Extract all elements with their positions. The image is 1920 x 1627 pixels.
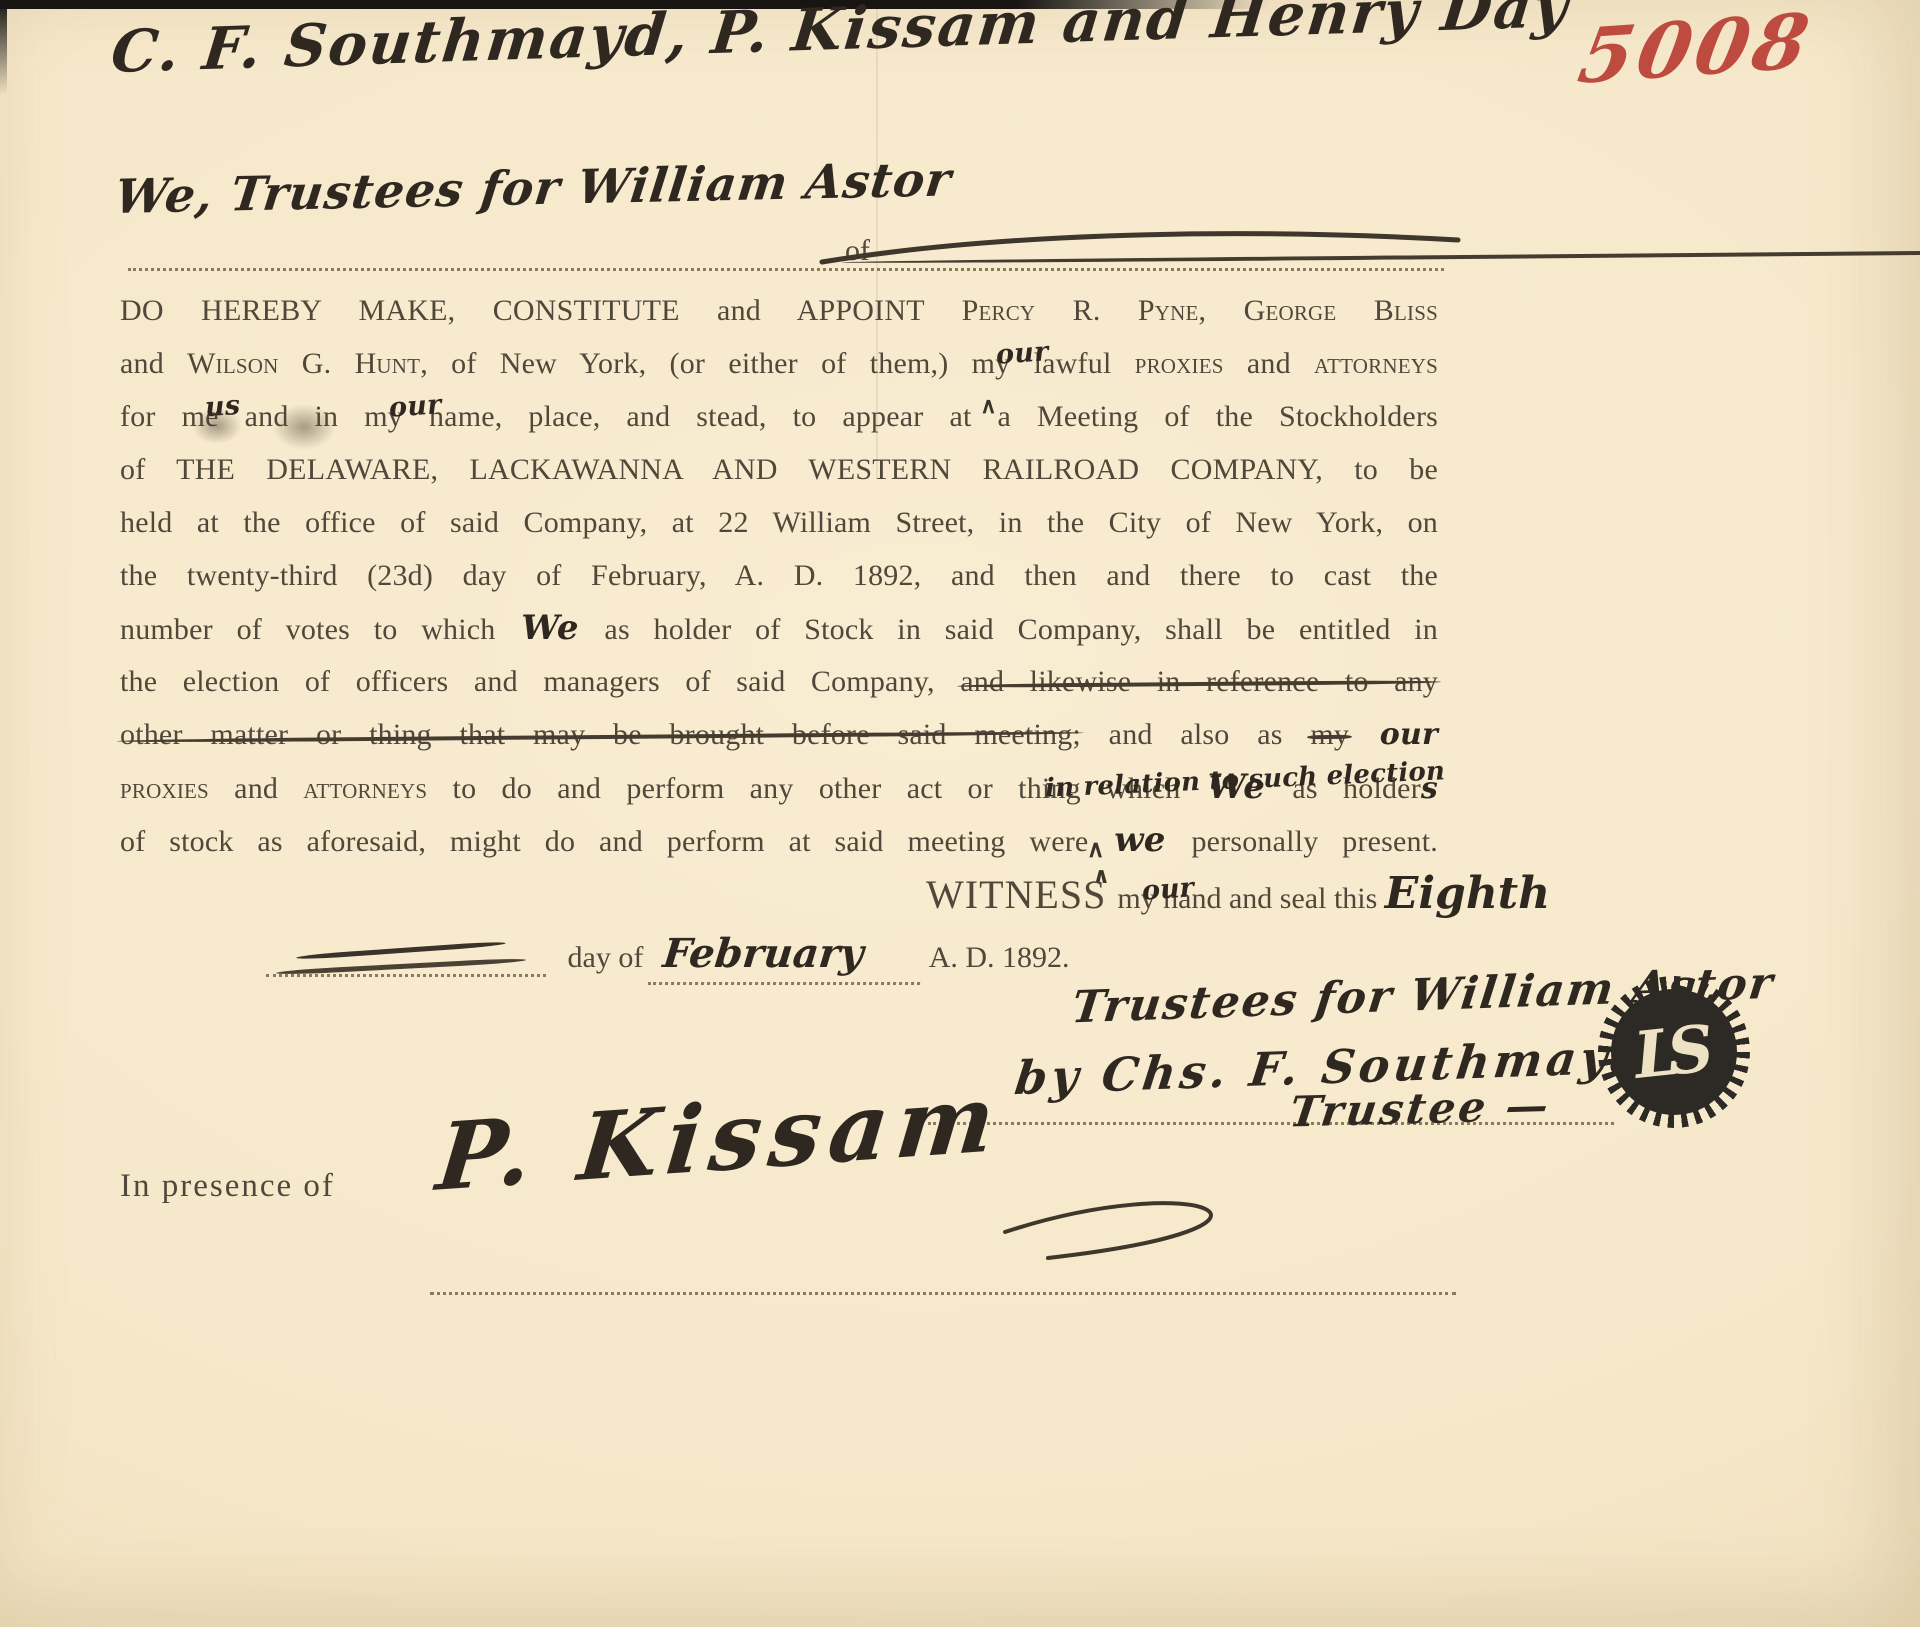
handwritten-overwrite: We: [1208, 767, 1265, 807]
printed-text: of New York, (or either of them,): [428, 347, 972, 380]
printed-text: as holder of Stock in said Company, shal…: [581, 613, 1438, 646]
text-line: the twenty-third (23d) day of February, …: [120, 549, 1438, 602]
printed-text: number of votes to which: [120, 613, 519, 646]
ink-smudge: [272, 404, 336, 450]
handwritten-correction-text: our: [995, 325, 1051, 382]
text-line: other matter or thing that may be brough…: [120, 708, 1438, 761]
witness-signature-kissam: P. Kissam: [432, 1063, 1008, 1212]
printed-text: myour: [972, 347, 1011, 380]
printed-text: personally present.: [1168, 825, 1438, 858]
handwritten-month: February: [648, 926, 926, 985]
printed-text: and: [209, 772, 303, 805]
text-line: proxies and attorneys to do and perform …: [120, 761, 1438, 814]
notary-seal: LS: [1598, 976, 1750, 1128]
printed-text: myour: [1117, 882, 1155, 915]
witness-word: WITNESS: [926, 872, 1117, 917]
text-line: the election of officers and managers of…: [120, 655, 1438, 708]
printed-text: the election of officers and managers of…: [120, 665, 960, 698]
printed-text: name, place, and stead, to appear at a M…: [403, 400, 1438, 433]
printed-smallcaps: Percy R. Pyne, George Bliss: [962, 294, 1438, 327]
printed-text: of THE DELAWARE, LACKAWANNA AND WESTERN …: [120, 453, 1438, 486]
printed-smallcaps: attorneys: [1314, 347, 1438, 380]
printed-text: for: [120, 400, 182, 433]
pen-struck-text: other matter or thing that may be brough…: [120, 718, 1081, 751]
printed-smallcaps: attorneys: [303, 772, 427, 805]
handwritten-text: Eighth: [1385, 868, 1550, 919]
struck-printed-of: of: [845, 234, 1920, 268]
printed-text: of stock as aforesaid, might do and perf…: [120, 825, 1112, 858]
printed-text: and: [120, 347, 187, 380]
scan-edge-artifact-left: [0, 0, 7, 95]
proxy-body-text: DO HEREBY MAKE, CONSTITUTE and APPOINT P…: [120, 284, 1438, 867]
text-line: of stock as aforesaid, might do and perf…: [120, 814, 1438, 867]
pen-scratch: [266, 932, 546, 977]
in-presence-of-label: In presence of: [120, 1168, 335, 1205]
principal-fill-in-handwriting: We, Trustees for William Astor: [112, 152, 955, 225]
text-line: DO HEREBY MAKE, CONSTITUTE and APPOINT P…: [120, 284, 1438, 337]
printed-text: to do and perform any other act or thing: [427, 772, 1081, 805]
printed-text: day of: [560, 941, 651, 974]
pen-struck-text: my: [1310, 718, 1349, 751]
text-line: number of votes to which We as holder of…: [120, 602, 1438, 655]
printed-text: and: [1224, 347, 1314, 380]
printed-text: DO HEREBY MAKE, CONSTITUTE and APPOINT: [120, 294, 962, 327]
text-line: and Wilson G. Hunt, of New York, (or eit…: [120, 337, 1438, 390]
witness-signature-rule: [430, 1256, 1456, 1295]
printed-smallcaps: Wilson G. Hunt,: [187, 347, 428, 380]
printed-text: and also as: [1081, 718, 1310, 751]
text-line: held at the office of said Company, at 2…: [120, 496, 1438, 549]
pen-struck-text: and likewise in reference to any: [960, 665, 1438, 698]
printed-text: myour: [364, 400, 403, 433]
scanned-proxy-document: C. F. Southmayd, P. Kissam and Henry Day…: [0, 0, 1920, 1627]
date-line: day of February A. D. 1892.: [266, 926, 1070, 986]
handwritten-correction-text: our: [387, 378, 443, 435]
printed-text: held at the office of said Company, at 2…: [120, 506, 1438, 539]
text-line: of THE DELAWARE, LACKAWANNA AND WESTERN …: [120, 443, 1438, 496]
handwritten-overwrite: We: [521, 608, 578, 648]
seal-monogram: LS: [1590, 968, 1757, 1135]
ink-smudge: [192, 408, 242, 444]
printed-text: the twenty-third (23d) day of February, …: [120, 559, 1438, 592]
handwritten-correction-text: our: [1140, 860, 1196, 919]
ledger-number: 5008: [1572, 0, 1819, 101]
header-signatories-handwriting: C. F. Southmayd, P. Kissam and Henry Day: [108, 0, 1573, 86]
printed-smallcaps: proxies: [120, 772, 209, 805]
signature-title-trustee: Trustee —: [1287, 1080, 1554, 1136]
witness-line: WITNESS myour hand and seal this Eighth: [926, 866, 1550, 927]
printed-text: A. D. 1892.: [923, 941, 1070, 974]
printed-smallcaps: proxies: [1135, 347, 1224, 380]
handwritten-overwrite: we: [1114, 820, 1165, 860]
signature-flourish: [1005, 1203, 1211, 1258]
